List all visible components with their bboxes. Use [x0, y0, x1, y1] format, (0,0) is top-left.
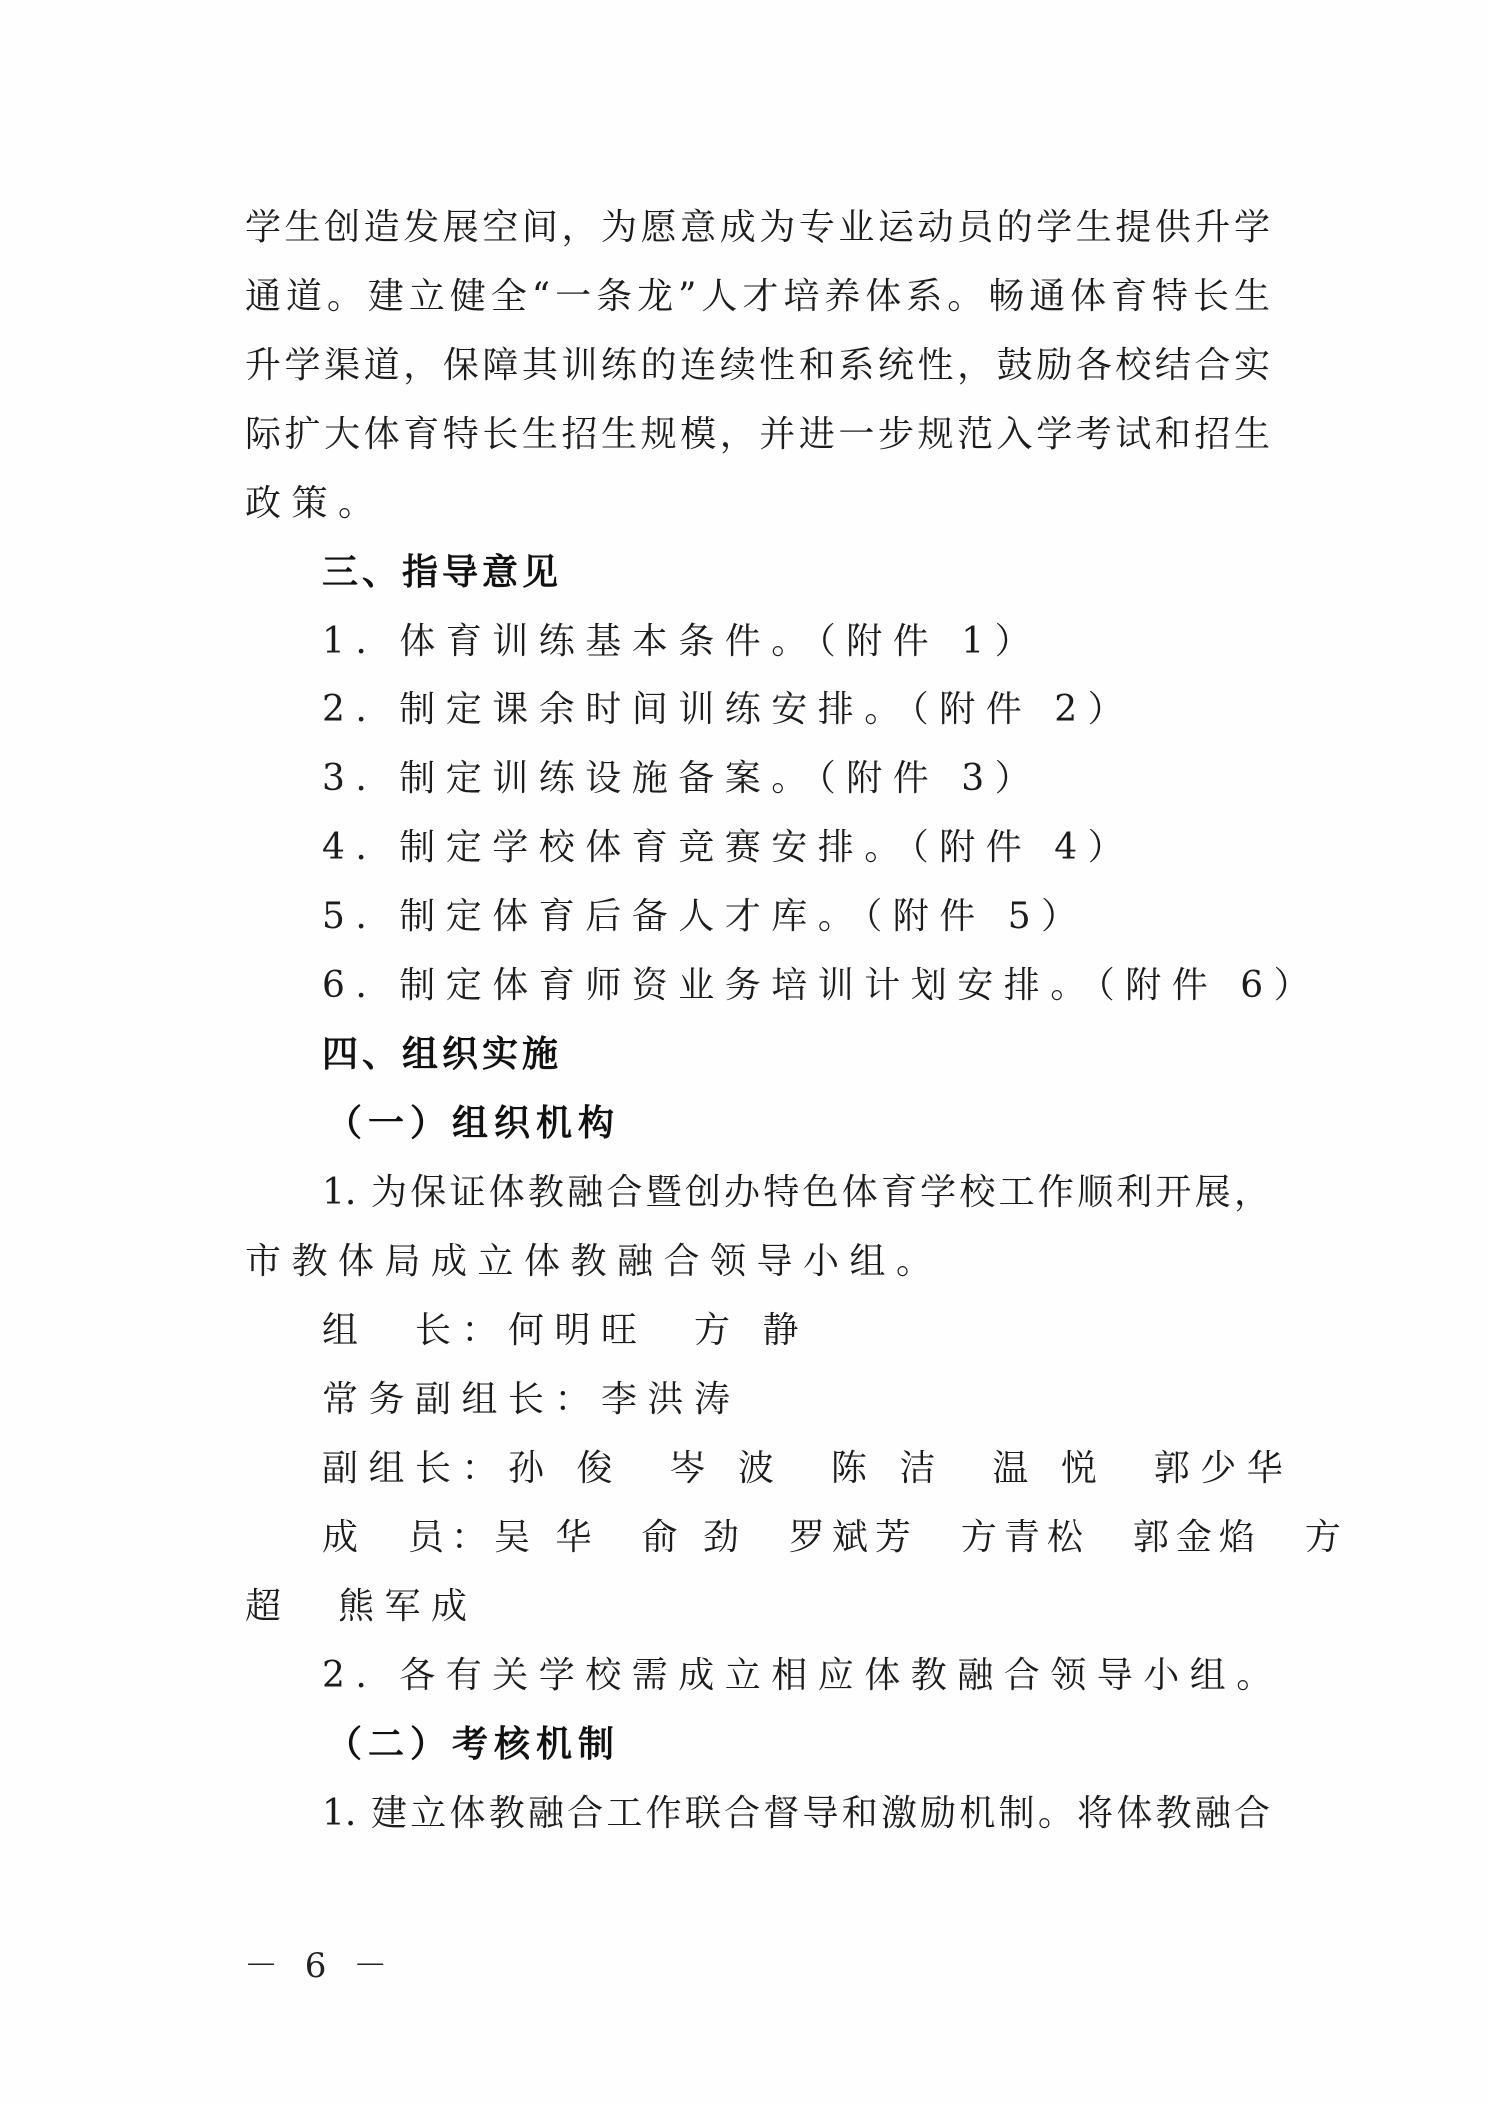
guidance-item-3: 3. 制定训练设施备案。（附件 3） [322, 757, 1041, 801]
guidance-item-5: 5. 制定体育后备人才库。（附件 5） [322, 895, 1088, 939]
subsection-heading-assessment: （二）考核机制 [326, 1723, 620, 1767]
organization-item-2: 2. 各有关学校需成立相应体教融合领导小组。 [322, 1654, 1283, 1698]
guidance-item-4: 4. 制定学校体育竞赛安排。（附件 4） [322, 826, 1134, 870]
paragraph-line: 学生创造发展空间，为愿意成为专业运动员的学生提供升学 [245, 206, 1270, 250]
guidance-item-1: 1. 体育训练基本条件。（附件 1） [322, 620, 1041, 664]
members-line-continued: 超 熊军成 [245, 1585, 478, 1629]
paragraph-line: 际扩大体育特长生招生规模，并进一步规范入学考试和招生 [245, 413, 1270, 457]
assessment-item-1-line: 1. 建立体教融合工作联合督导和激励机制。将体教融合 [322, 1792, 1270, 1836]
section-heading-guidance: 三、指导意见 [322, 551, 562, 595]
guidance-item-2: 2. 制定课余时间训练安排。（附件 2） [322, 688, 1134, 732]
organization-item-1-line: 市教体局成立体教融合领导小组。 [245, 1240, 943, 1284]
paragraph-line: 政策。 [245, 482, 385, 526]
section-heading-implementation: 四、组织实施 [322, 1033, 562, 1077]
guidance-item-6: 6. 制定体育师资业务培训计划安排。（附件 6） [322, 964, 1320, 1008]
document-page: 学生创造发展空间，为愿意成为专业运动员的学生提供升学 通道。建立健全“一条龙”人… [0, 0, 1488, 2104]
organization-item-1-line: 1. 为保证体教融合暨创办特色体育学校工作顺利开展， [322, 1171, 1270, 1215]
leader-line: 组 长：何明旺 方 静 [322, 1309, 809, 1353]
members-line: 成 员：吴 华 俞 劲 罗斌芳 方青松 郭金焰 方 [322, 1516, 1348, 1560]
subsection-heading-organization: （一）组织机构 [326, 1102, 620, 1146]
executive-deputy-line: 常务副组长：李洪涛 [322, 1378, 741, 1422]
deputy-leaders-line: 副组长：孙 俊 岑 波 陈 洁 温 悦 郭少华 [322, 1447, 1293, 1491]
paragraph-line: 升学渠道，保障其训练的连续性和系统性，鼓励各校结合实 [245, 344, 1270, 388]
paragraph-line: 通道。建立健全“一条龙”人才培养体系。畅通体育特长生 [245, 275, 1270, 319]
page-number: － 6 － [244, 1946, 395, 1986]
